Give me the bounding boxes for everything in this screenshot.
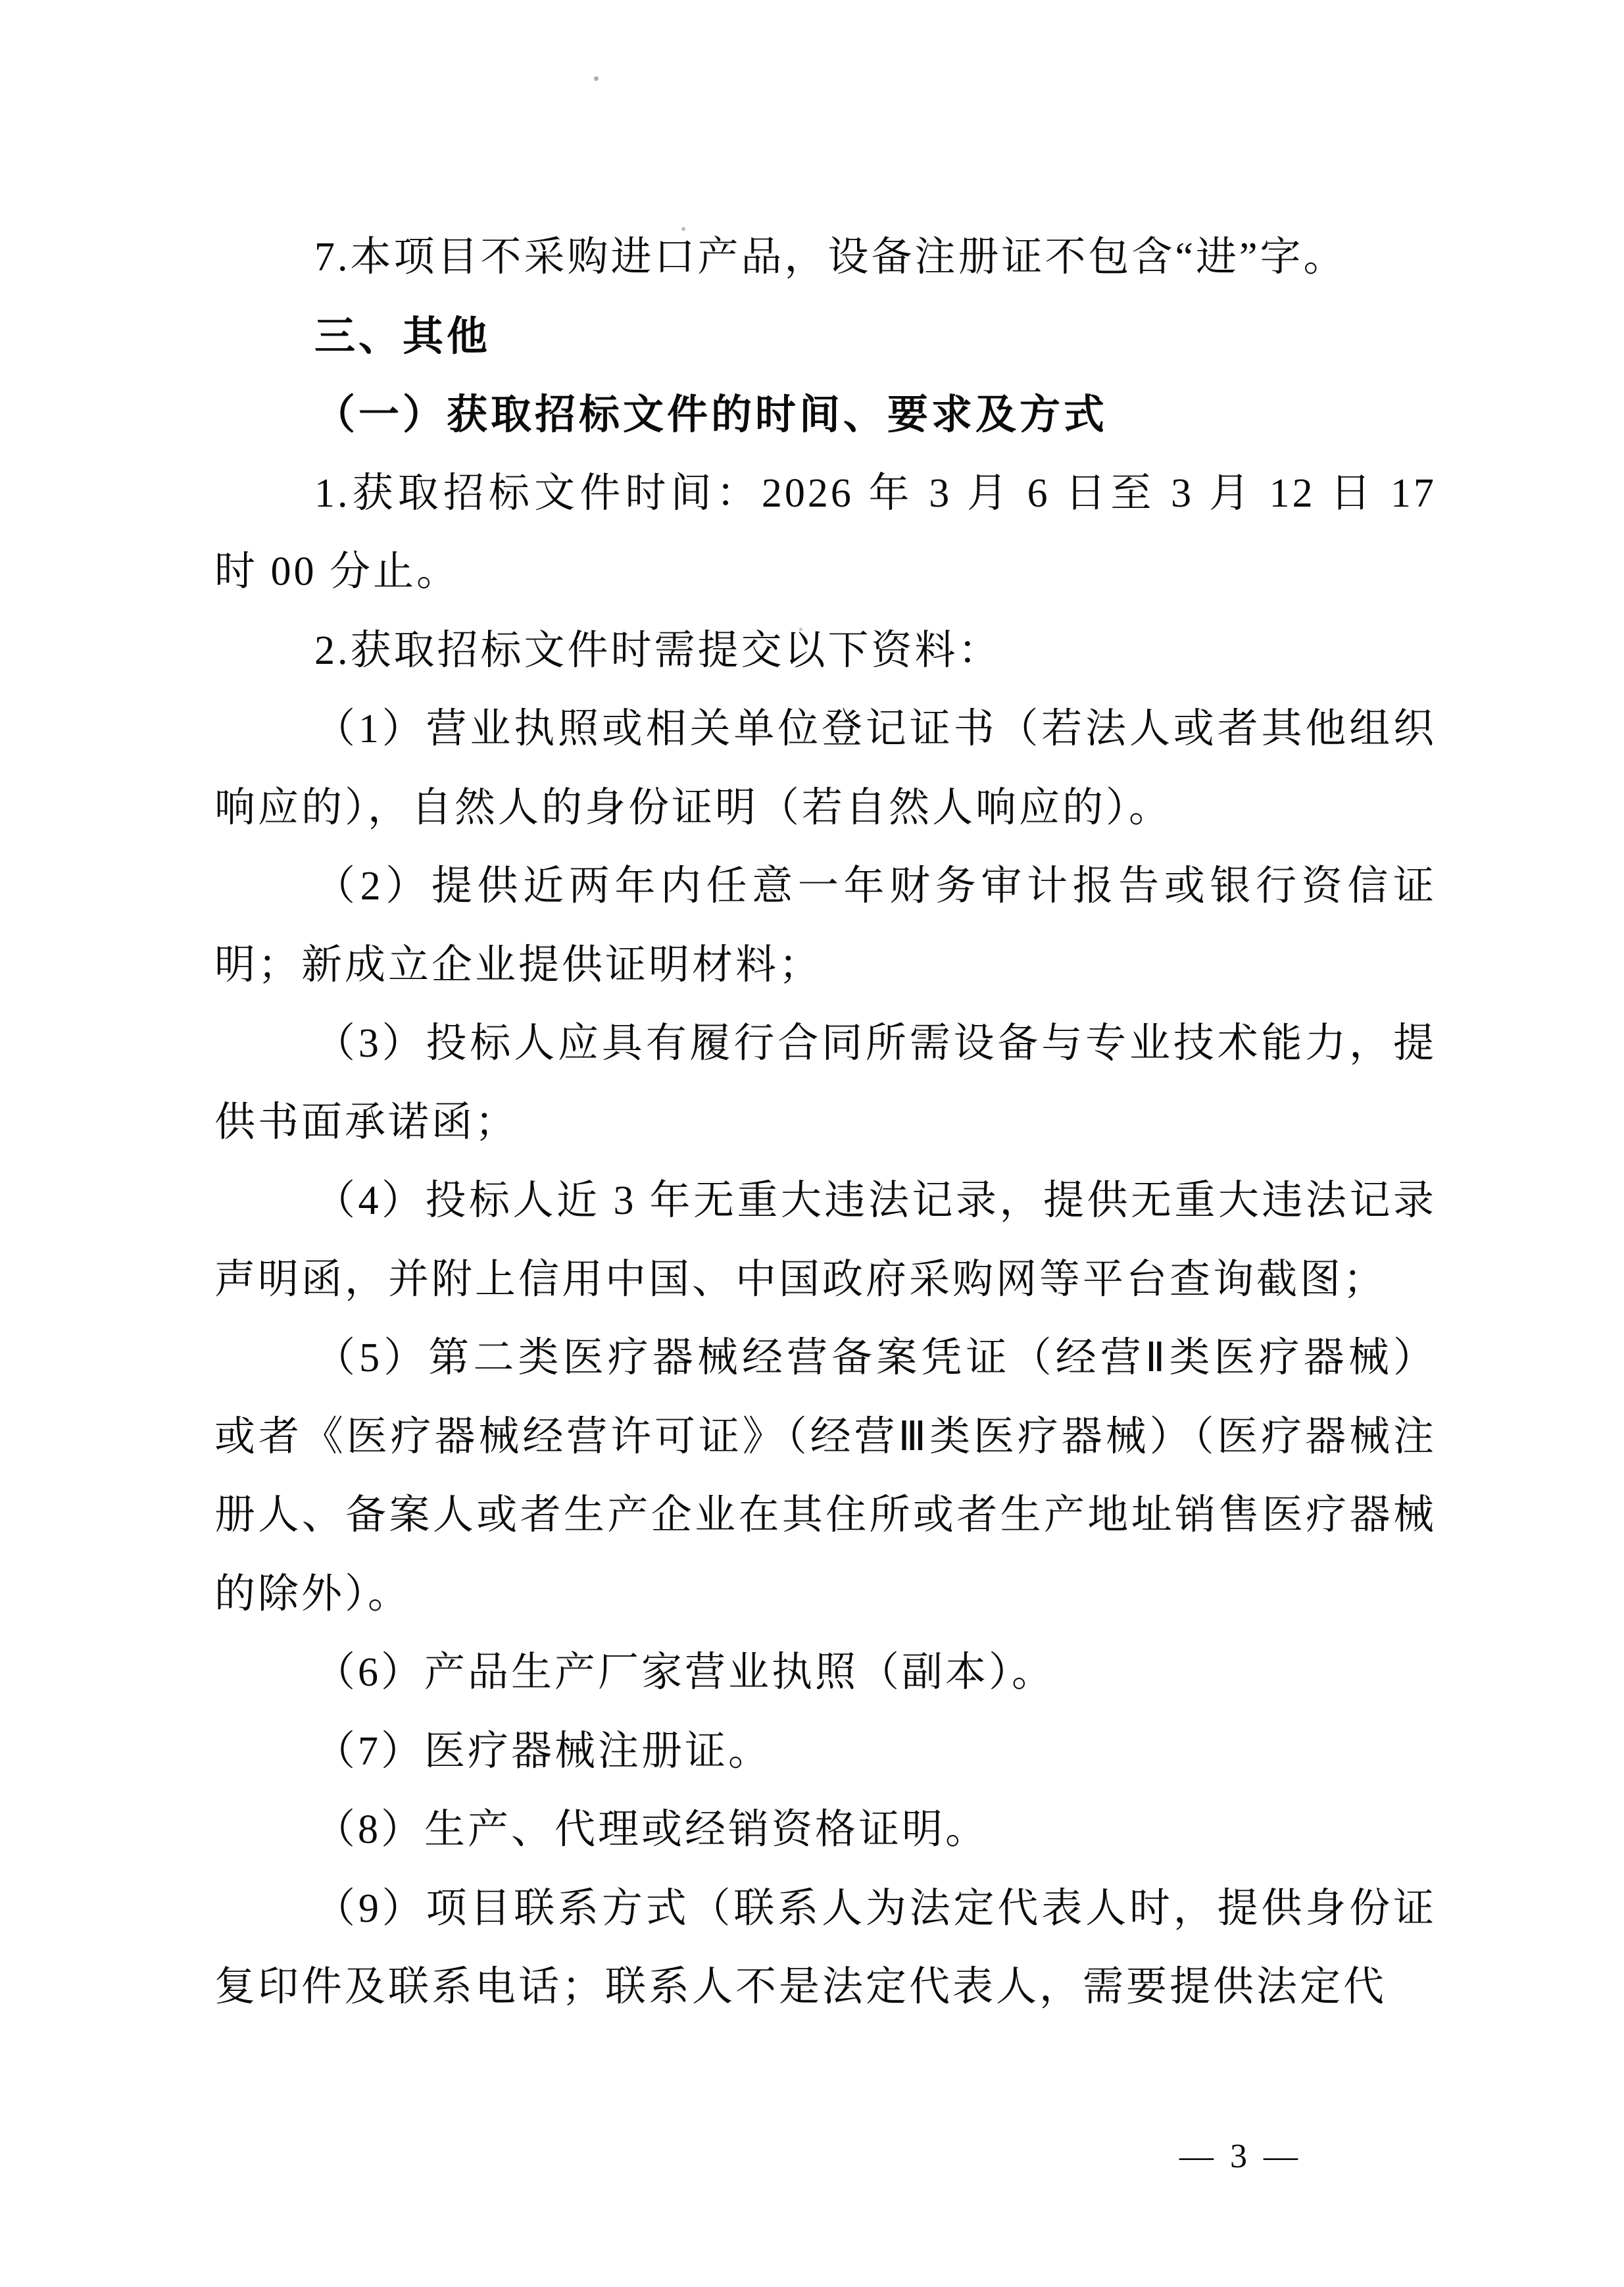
para-materials-intro: 2.获取招标文件时需提交以下资料：	[214, 612, 1437, 691]
para-item-8-qualification: （8）生产、代理或经销资格证明。	[214, 1791, 1437, 1870]
para-item-9-contact-info: （9）项目联系方式（联系人为法定代表人时，提供身份证复印件及联系电话；联系人不是…	[214, 1870, 1437, 2027]
page-number: — 3 —	[1179, 2137, 1302, 2176]
document-page: 7.本项目不采购进口产品，设备注册证不包含“进”字。 三、其他 （一）获取招标文…	[0, 0, 1624, 2287]
para-item-5-device-permit: （5）第二类医疗器械经营备案凭证（经营Ⅱ类医疗器械）或者《医疗器械经营许可证》（…	[214, 1319, 1437, 1634]
scan-artifact-dot	[594, 76, 599, 81]
heading-subsection-obtain-docs: （一）获取招标文件的时间、要求及方式	[214, 376, 1437, 455]
para-item-4-no-violations: （4）投标人近 3 年无重大违法记录，提供无重大违法记录声明函，并附上信用中国、…	[214, 1162, 1437, 1319]
para-item-2-financial-audit: （2）提供近两年内任意一年财务审计报告或银行资信证明；新成立企业提供证明材料；	[214, 847, 1437, 1005]
scan-artifact-dot	[681, 227, 685, 231]
para-item-7-device-registration: （7）医疗器械注册证。	[214, 1713, 1437, 1792]
scan-artifact-dot	[799, 628, 802, 631]
para-item-1-business-license: （1）营业执照或相关单位登记证书（若法人或者其他组织响应的），自然人的身份证明（…	[214, 690, 1437, 847]
para-obtain-time: 1.获取招标文件时间：2026 年 3 月 6 日至 3 月 12 日 17 时…	[214, 455, 1437, 612]
document-body: 7.本项目不采购进口产品，设备注册证不包含“进”字。 三、其他 （一）获取招标文…	[214, 218, 1437, 2027]
para-item-3-capability: （3）投标人应具有履行合同所需设备与专业技术能力，提供书面承诺函；	[214, 1005, 1437, 1162]
heading-section-three-other: 三、其他	[214, 297, 1437, 376]
para-no-import-clause: 7.本项目不采购进口产品，设备注册证不包含“进”字。	[214, 218, 1437, 297]
para-item-6-manufacturer-license: （6）产品生产厂家营业执照（副本）。	[214, 1634, 1437, 1713]
